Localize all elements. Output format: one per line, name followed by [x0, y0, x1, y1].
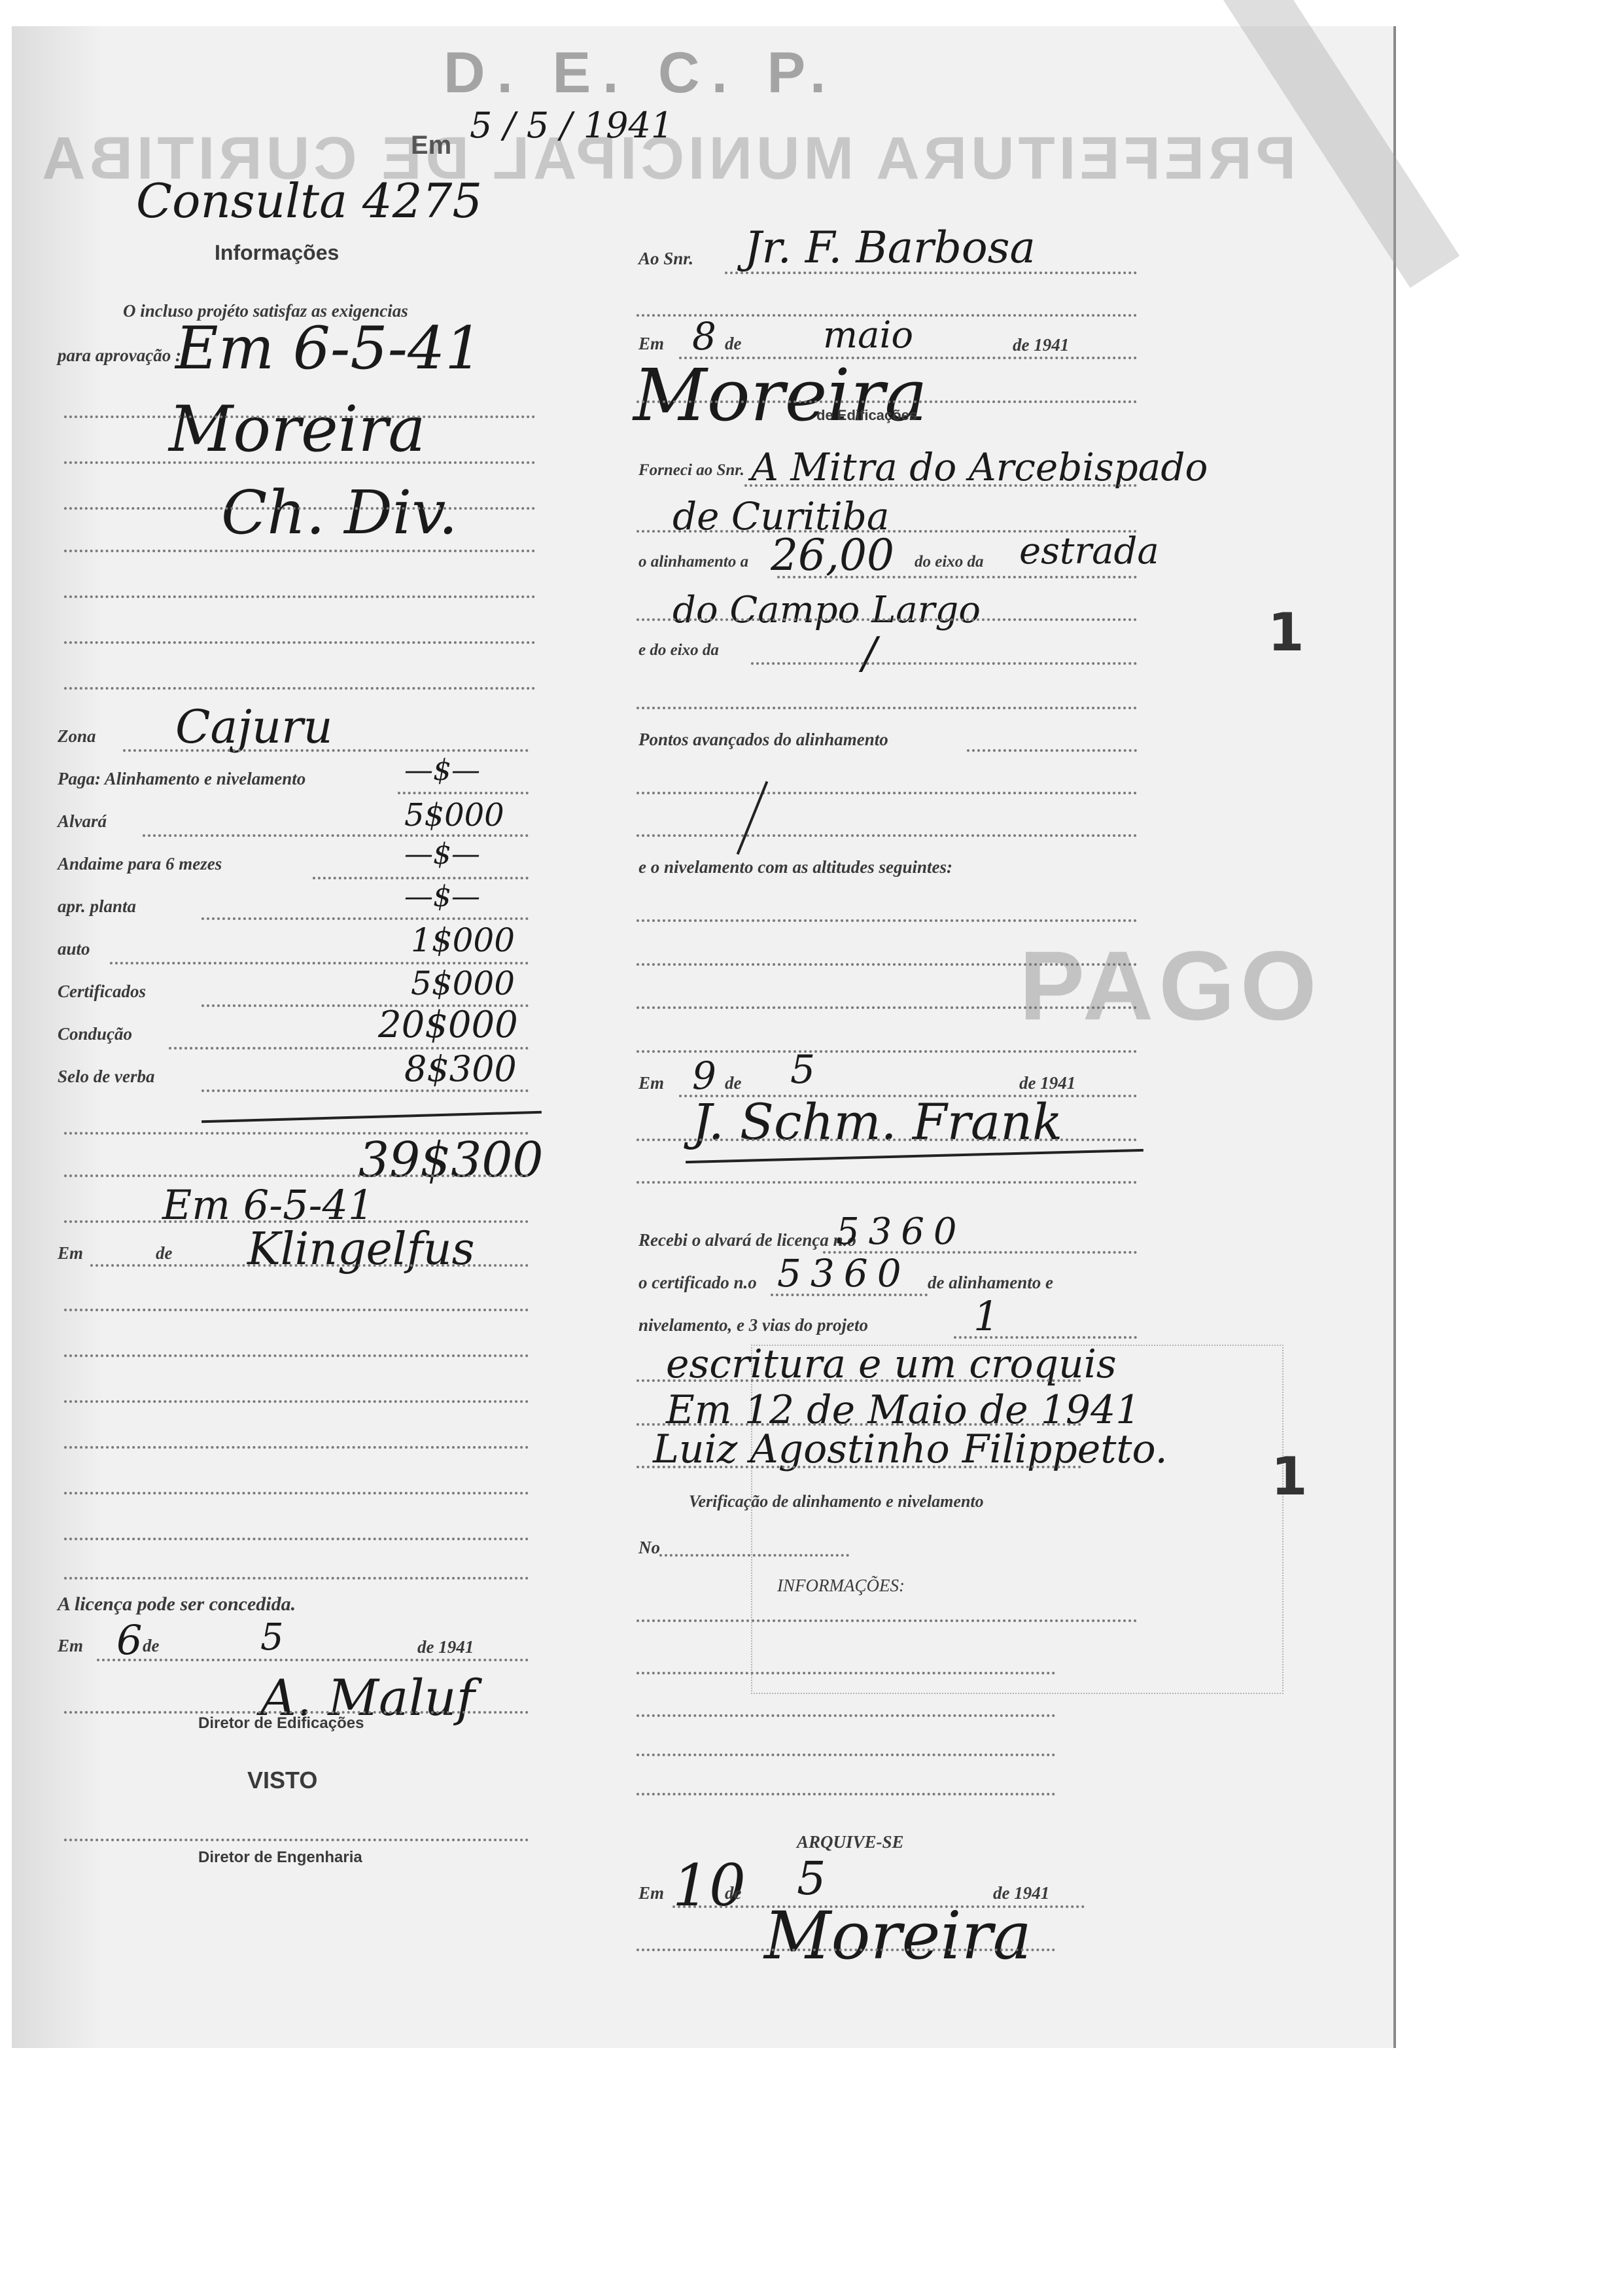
dotted-line [637, 792, 1137, 794]
dotted-line [637, 1139, 1137, 1141]
date-1-month: maio [823, 314, 913, 357]
dotted-line [637, 1423, 1081, 1426]
dotted-line [637, 1793, 1055, 1795]
total-underline [201, 1111, 542, 1123]
eixo-value-line-1: estrada [1019, 530, 1159, 573]
informacoes-label: INFORMAÇÕES: [777, 1576, 905, 1596]
dotted-line [201, 1089, 529, 1092]
dotted-line [143, 834, 529, 837]
edificacoes-label: de Edificações [816, 407, 917, 424]
date-2-year: de 1941 [1019, 1073, 1075, 1093]
received-date-prefix: Em [411, 131, 451, 160]
dotted-line [637, 400, 1137, 403]
fee-value-andaime: —$— [404, 838, 480, 871]
dotted-line [637, 1379, 1081, 1382]
eixo-value-line-2: do Campo Largo [672, 589, 981, 631]
vias-label: nivelamento, e 3 vias do projeto [638, 1315, 868, 1335]
dotted-line [64, 1446, 529, 1449]
dotted-line [90, 1264, 529, 1267]
signature-2-underline [686, 1149, 1143, 1163]
recebi-value: 5360 [836, 1210, 966, 1253]
scanned-document-page: D. E. C. P. PREFEITURA MUNICIPAL DE CURI… [12, 26, 1396, 2048]
vias-value: 1 [973, 1292, 999, 1340]
nivelamento-label: e o nivelamento com as altitudes seguint… [638, 857, 952, 877]
dotted-line [64, 595, 535, 598]
fee-value-conducao: 20$000 [378, 1004, 518, 1046]
fee-label-certificados: Certificados [58, 981, 146, 1002]
dotted-line [64, 1577, 529, 1580]
dotted-line [64, 1400, 529, 1403]
fee-label-apr-planta: apr. planta [58, 896, 136, 917]
recebi-label: Recebi o alvará de licença n.o [638, 1230, 856, 1250]
fee-label-alvara: Alvará [58, 811, 107, 832]
e-do-eixo-label: e do eixo da [638, 641, 719, 660]
dotted-line [64, 1711, 529, 1714]
informacoes-heading: Informações [215, 241, 339, 265]
fee-value-alvara: 5$000 [404, 797, 504, 834]
dotted-line [637, 919, 1137, 922]
fee-value-certificados: 5$000 [411, 964, 515, 1002]
dotted-line [637, 1466, 1081, 1468]
fee-value-alinhamento: —$— [404, 754, 480, 787]
dotted-line [313, 877, 529, 879]
dotted-line [659, 1554, 849, 1557]
pontos-label: Pontos avançados do alinhamento [638, 730, 888, 750]
dotted-line [64, 1309, 529, 1311]
alinhamento-label: o alinhamento a [638, 553, 748, 571]
fee-total: 39$300 [358, 1132, 544, 1188]
consulta-number: Consulta 4275 [136, 173, 482, 228]
certificado-suffix: de alinhamento e [928, 1273, 1053, 1293]
certificado-value: 5360 [777, 1251, 911, 1296]
licenca-date-em: Em [58, 1636, 83, 1656]
fee-label-selo: Selo de verba [58, 1067, 154, 1087]
fee-em-label: Em [58, 1243, 83, 1263]
date-2-month: 5 [790, 1047, 815, 1093]
dotted-line [123, 749, 529, 752]
dotted-line [201, 917, 529, 920]
certificado-label: o certificado n.o [638, 1273, 757, 1293]
dotted-line [637, 618, 1137, 621]
projeto-text-line-2: para aprovação : [58, 345, 181, 366]
date-2-de: de [725, 1073, 741, 1093]
approval-signature: Moreira [169, 393, 426, 466]
dotted-line [771, 1294, 928, 1296]
dotted-line [637, 1949, 1055, 1951]
signature-3: Moreira [764, 1898, 1032, 1974]
diretor-engenharia-label: Diretor de Engenharia [198, 1848, 362, 1867]
fee-label-auto: auto [58, 939, 90, 959]
signature-2: J. Schm. Frank [692, 1093, 1062, 1151]
dotted-line [64, 1538, 529, 1540]
dotted-line [637, 1050, 1137, 1053]
dotted-line [637, 834, 1137, 837]
dotted-line [637, 1672, 1055, 1674]
approval-hand-date: Em 6-5-41 [175, 314, 483, 383]
dotted-line [64, 461, 535, 464]
dotted-line [64, 1174, 529, 1177]
dotted-line [64, 507, 535, 510]
ao-snr-value: Jr. F. Barbosa [744, 222, 1036, 273]
visto-label: VISTO [247, 1767, 317, 1794]
licenca-date-de: de [143, 1636, 159, 1656]
approval-signature-title: Ch. Div. [221, 478, 458, 548]
fee-label-alinhamento: Paga: Alinhamento e nivelamento [58, 769, 305, 789]
licenca-date-month: 5 [260, 1616, 284, 1659]
fee-signature: Klingelfus [247, 1224, 474, 1275]
licenca-text: A licença pode ser concedida. [58, 1593, 296, 1616]
dotted-line [64, 687, 535, 690]
ghost-stamp: PAGO [1019, 929, 1322, 1042]
alinhamento-value: 26,00 [771, 530, 894, 580]
fee-label-conducao: Condução [58, 1024, 132, 1044]
date-1-em: Em [638, 334, 664, 354]
eixo-label: do eixo da [915, 553, 984, 571]
date-1-de: de [725, 334, 741, 354]
fee-de-label: de [156, 1243, 172, 1263]
dotted-line [777, 576, 1137, 578]
fee-value-auto: 1$000 [411, 921, 515, 959]
dotted-line [64, 1220, 529, 1223]
margin-mark: 1 [1268, 602, 1304, 663]
dotted-line [398, 792, 529, 794]
date-2-day: 9 [692, 1053, 716, 1098]
dotted-line [637, 1754, 1055, 1756]
dotted-line [64, 550, 535, 552]
licenca-date-year: de 1941 [417, 1637, 474, 1657]
dotted-line [637, 1619, 1137, 1622]
dotted-line [725, 272, 1137, 274]
received-date-value: 5 / 5 / 1941 [470, 105, 673, 146]
date-3-em: Em [638, 1883, 664, 1903]
fee-value-selo: 8$300 [404, 1048, 517, 1089]
dotted-line [751, 662, 1137, 665]
no-label: No [638, 1538, 660, 1558]
e-do-eixo-value: / [862, 628, 877, 679]
signature-1: Moreira [633, 353, 928, 437]
date-1-day: 8 [692, 314, 716, 359]
ao-snr-label: Ao Snr. [638, 249, 693, 269]
arquive-label: ARQUIVE-SE [797, 1832, 904, 1852]
header-stamp: D. E. C. P. [444, 39, 837, 106]
dotted-line [637, 1714, 1055, 1717]
dotted-line [64, 1354, 529, 1357]
forneci-value-line-1: A Mitra do Arcebispado [751, 445, 1208, 489]
dotted-line [637, 707, 1137, 709]
licenca-date-day: 6 [116, 1616, 142, 1664]
verificacao-label: Verificação de alinhamento e nivelamento [689, 1492, 984, 1511]
dotted-line [64, 1839, 529, 1841]
dotted-line [744, 484, 1137, 487]
dotted-line [967, 749, 1137, 752]
zona-label: Zona [58, 726, 96, 747]
dotted-line [64, 415, 535, 418]
forneci-label: Forneci ao Snr. [638, 461, 744, 480]
margin-mark: 1 [1271, 1446, 1308, 1507]
dotted-line [64, 1492, 529, 1494]
zona-value: Cajuru [175, 700, 333, 754]
date-2-em: Em [638, 1073, 664, 1093]
date-3-de: de [725, 1883, 741, 1903]
dotted-line [954, 1336, 1137, 1339]
dotted-line [97, 1659, 529, 1661]
diretor-edificacoes-label: Diretor de Edificações [198, 1714, 364, 1733]
fee-value-apr-planta: —$— [404, 880, 480, 913]
date-1-year: de 1941 [1013, 335, 1069, 355]
dotted-line [637, 1181, 1137, 1184]
dotted-line [64, 641, 535, 644]
fee-label-andaime: Andaime para 6 mezes [58, 854, 222, 874]
